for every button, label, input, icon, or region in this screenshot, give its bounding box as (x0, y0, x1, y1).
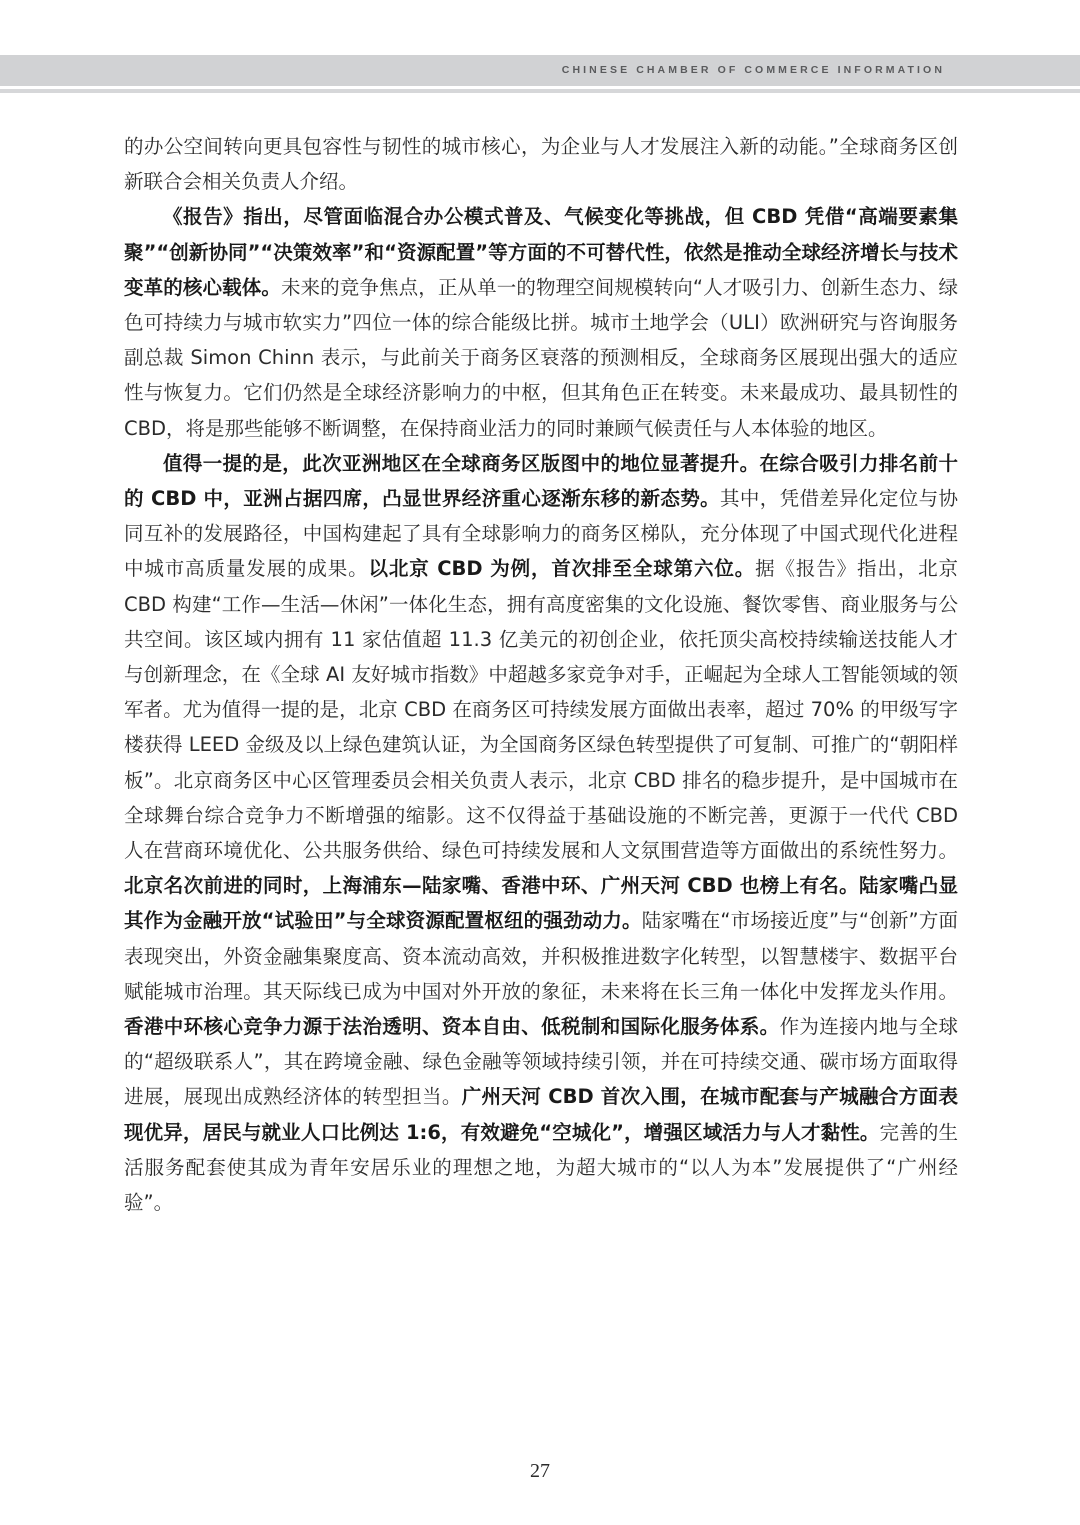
paragraph-1: 的办公空间转向更具包容性与韧性的城市核心，为企业与人才发展注入新的动能。”全球商… (124, 129, 958, 199)
header-divider (0, 89, 1080, 93)
running-header-band: CHINESE CHAMBER OF COMMERCE INFORMATION (0, 55, 1080, 86)
text-segment-bold: 以北京 CBD 为例，首次排至全球第六位。 (368, 557, 755, 580)
text-segment: 未来的竞争焦点，正从单一的物理空间规模转向“人才吸引力、创新生态力、绿色可持续力… (124, 276, 958, 440)
publication-name: CHINESE CHAMBER OF COMMERCE INFORMATION (562, 64, 945, 76)
page-number: 27 (0, 1460, 1080, 1483)
paragraph-3: 值得一提的是，此次亚洲地区在全球商务区版图中的地位显著提升。在综合吸引力排名前十… (124, 446, 958, 1220)
text-segment: 的办公空间转向更具包容性与韧性的城市核心，为企业与人才发展注入新的动能。”全球商… (124, 135, 958, 193)
article-body: 的办公空间转向更具包容性与韧性的城市核心，为企业与人才发展注入新的动能。”全球商… (124, 129, 958, 1220)
text-segment: 据《报告》指出，北京 CBD 构建“工作—生活—休闲”一体化生态，拥有高度密集的… (124, 557, 958, 862)
paragraph-2: 《报告》指出，尽管面临混合办公模式普及、气候变化等挑战，但 CBD 凭借“高端要… (124, 199, 958, 445)
text-segment-bold: 香港中环核心竞争力源于法治透明、资本自由、低税制和国际化服务体系。 (124, 1015, 780, 1038)
